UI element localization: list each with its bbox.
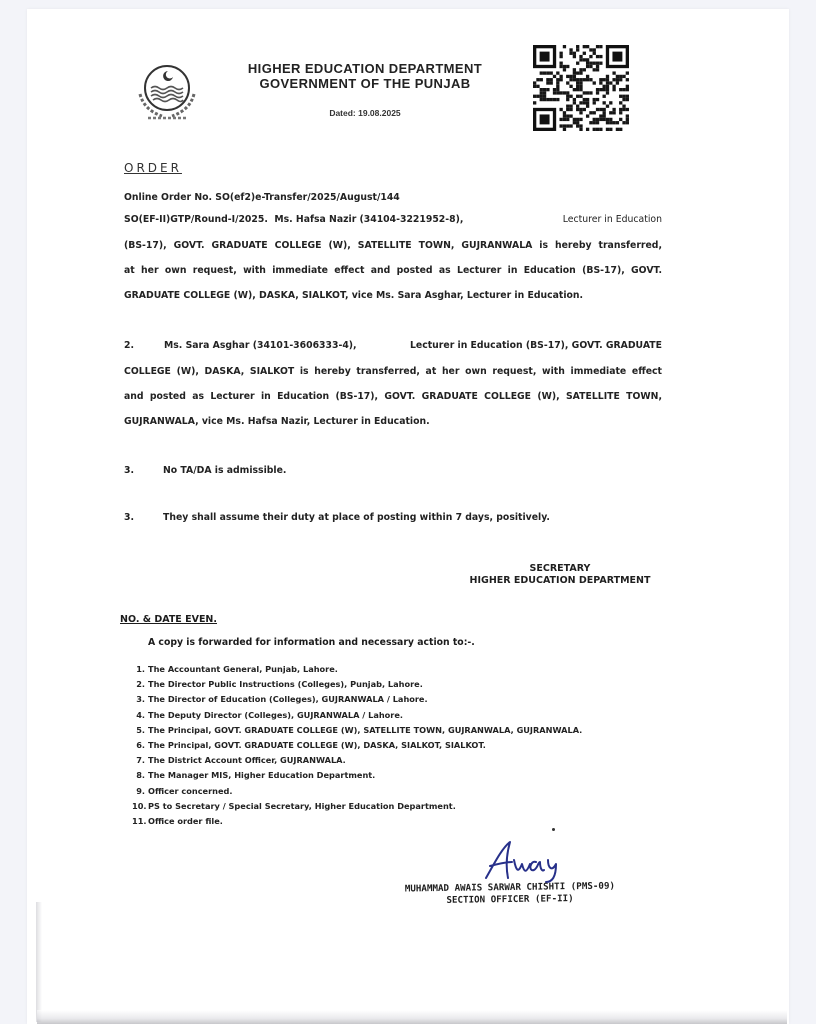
recipient-number: 11. — [132, 814, 145, 829]
recipient-item: 8.The Manager MIS, Higher Education Depa… — [132, 768, 582, 783]
recipient-text: PS to Secretary / Special Secretary, Hig… — [148, 801, 456, 811]
recipient-text: The Manager MIS, Higher Education Depart… — [148, 770, 375, 780]
recipient-item: 5.The Principal, GOVT. GRADUATE COLLEGE … — [132, 723, 582, 738]
para3-number: 3. — [124, 465, 134, 476]
para4-text: They shall assume their duty at place of… — [163, 512, 550, 523]
order-title: ORDER — [124, 161, 182, 175]
para2-line2: COLLEGE (W), DASKA, SIALKOT is hereby tr… — [124, 366, 662, 377]
recipient-list: 1.The Accountant General, Punjab, Lahore… — [132, 662, 582, 829]
handwritten-signature-icon — [480, 838, 580, 884]
page-bottom-shadow — [37, 1010, 787, 1024]
recipient-number: 10. — [132, 799, 145, 814]
recipient-text: The Director Public Instructions (Colleg… — [148, 679, 423, 689]
punjab-government-emblem-icon — [134, 60, 200, 124]
copy-intro: A copy is forwarded for information and … — [148, 637, 475, 648]
recipient-number: 3. — [132, 692, 145, 707]
para2-line1-text: Lecturer in Education (BS-17), GOVT. GRA… — [410, 340, 662, 351]
recipient-item: 7.The District Account Officer, GUJRANWA… — [132, 753, 582, 768]
para1-line3: at her own request, with immediate effec… — [124, 265, 662, 276]
para1-line1: SO(EF-II)GTP/Round-I/2025. Ms. Hafsa Naz… — [124, 214, 662, 225]
order-date: Dated: 19.08.2025 — [210, 108, 520, 118]
recipient-text: The Principal, GOVT. GRADUATE COLLEGE (W… — [148, 740, 486, 750]
para2-line4: GUJRANWALA, vice Ms. Hafsa Nazir, Lectur… — [124, 416, 430, 427]
recipient-number: 1. — [132, 662, 145, 677]
secretary-title: SECRETARY — [440, 563, 680, 575]
secretary-block: SECRETARY HIGHER EDUCATION DEPARTMENT — [440, 563, 680, 587]
online-order-number: Online Order No. SO(ef2)e-Transfer/2025/… — [124, 192, 400, 203]
recipient-item: 9.Officer concerned. — [132, 784, 582, 799]
recipient-number: 2. — [132, 677, 145, 692]
recipient-text: Office order file. — [148, 816, 223, 826]
recipient-text: The Principal, GOVT. GRADUATE COLLEGE (W… — [148, 725, 582, 735]
para1-line4: GRADUATE COLLEGE (W), DASKA, SIALKOT, vi… — [124, 290, 583, 301]
para2-name: Ms. Sara Asghar (34101-3606333-4), — [164, 340, 357, 351]
para4-number: 3. — [124, 512, 134, 523]
ink-dot — [552, 828, 555, 831]
recipient-text: The Director of Education (Colleges), GU… — [148, 694, 428, 704]
department-name: HIGHER EDUCATION DEPARTMENT — [210, 61, 520, 76]
para1-ref: SO(EF-II)GTP/Round-I/2025. — [124, 214, 268, 225]
recipient-number: 9. — [132, 784, 145, 799]
government-name: GOVERNMENT OF THE PUNJAB — [210, 76, 520, 91]
para1-line2: (BS-17), GOVT. GRADUATE COLLEGE (W), SAT… — [124, 240, 662, 251]
letterhead: HIGHER EDUCATION DEPARTMENT GOVERNMENT O… — [210, 61, 520, 91]
recipient-item: 6.The Principal, GOVT. GRADUATE COLLEGE … — [132, 738, 582, 753]
para3-text: No TA/DA is admissible. — [163, 465, 286, 476]
recipient-item: 10.PS to Secretary / Special Secretary, … — [132, 799, 582, 814]
para2-line3: and posted as Lecturer in Education (BS-… — [124, 391, 662, 402]
para2-line1: 2.Ms. Sara Asghar (34101-3606333-4), Lec… — [124, 340, 662, 351]
recipient-number: 6. — [132, 738, 145, 753]
recipient-text: The Accountant General, Punjab, Lahore. — [148, 664, 338, 674]
para1-name: Ms. Hafsa Nazir (34104-3221952-8), — [274, 214, 463, 225]
recipient-number: 5. — [132, 723, 145, 738]
copy-heading: NO. & DATE EVEN. — [120, 614, 217, 625]
qr-code-icon — [533, 45, 629, 131]
para1-line1-text: Lecturer in Education — [563, 214, 662, 225]
page-shadow-edge — [36, 902, 42, 1022]
recipient-item: 11.Office order file. — [132, 814, 582, 829]
recipient-number: 8. — [132, 768, 145, 783]
recipient-text: The District Account Officer, GUJRANWALA… — [148, 755, 346, 765]
recipient-number: 4. — [132, 708, 145, 723]
secretary-department: HIGHER EDUCATION DEPARTMENT — [440, 575, 680, 587]
signatory-block: MUHAMMAD AWAIS SARWAR CHISHTI (PMS-09) S… — [360, 880, 660, 908]
recipient-number: 7. — [132, 753, 145, 768]
recipient-item: 2.The Director Public Instructions (Coll… — [132, 677, 582, 692]
recipient-item: 4.The Deputy Director (Colleges), GUJRAN… — [132, 708, 582, 723]
recipient-item: 1.The Accountant General, Punjab, Lahore… — [132, 662, 582, 677]
recipient-text: The Deputy Director (Colleges), GUJRANWA… — [148, 710, 403, 720]
recipient-item: 3.The Director of Education (Colleges), … — [132, 692, 582, 707]
para2-number: 2. — [124, 340, 134, 351]
recipient-text: Officer concerned. — [148, 786, 233, 796]
